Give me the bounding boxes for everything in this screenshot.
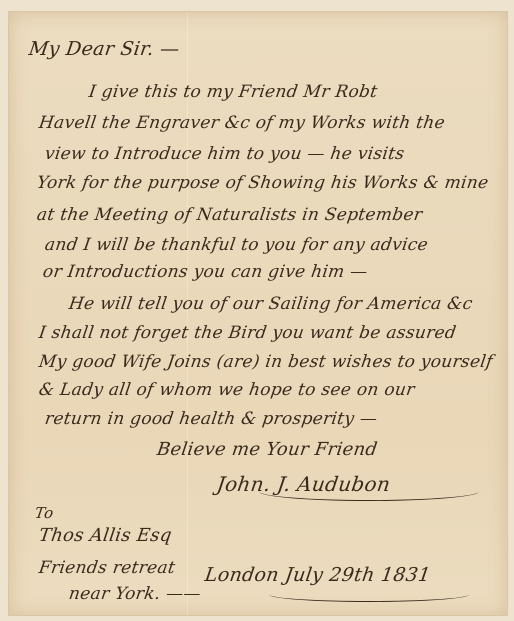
body-line-1: I give this to my Friend Mr Robt xyxy=(88,82,379,102)
body-line-6: and I will be thankful to you for any ad… xyxy=(44,235,430,255)
body-line-10: My good Wife Joins (are) in best wishes … xyxy=(38,352,495,372)
body-line-9: I shall not forget the Bird you want be … xyxy=(38,323,458,343)
dateline: London July 29th 1831 xyxy=(203,564,432,586)
body-line-7: or Introductions you can give him — xyxy=(42,262,369,282)
body-line-3: view to Introduce him to you — he visits xyxy=(44,144,406,164)
letter-paper: My Dear Sir. — I give this to my Friend … xyxy=(8,11,508,616)
body-line-8: He will tell you of our Sailing for Amer… xyxy=(68,294,474,314)
dateline-flourish xyxy=(269,587,469,602)
signature-flourish xyxy=(259,482,479,501)
address-name: Thos Allis Esq xyxy=(38,525,174,546)
body-line-12: return in good health & prosperity — xyxy=(44,409,379,429)
address-to: To xyxy=(34,504,55,522)
salutation: My Dear Sir. — xyxy=(27,38,181,60)
frame-mat: My Dear Sir. — I give this to my Friend … xyxy=(0,0,514,621)
address-city: near York. —— xyxy=(68,584,203,604)
address-place: Friends retreat xyxy=(38,558,177,578)
body-line-5: at the Meeting of Naturalists in Septemb… xyxy=(36,205,424,225)
body-line-4: York for the purpose of Showing his Work… xyxy=(36,173,490,193)
body-line-2: Havell the Engraver &c of my Works with … xyxy=(38,113,447,133)
closing: Believe me Your Friend xyxy=(156,439,379,460)
body-line-11: & Lady all of whom we hope to see on our xyxy=(38,380,416,400)
